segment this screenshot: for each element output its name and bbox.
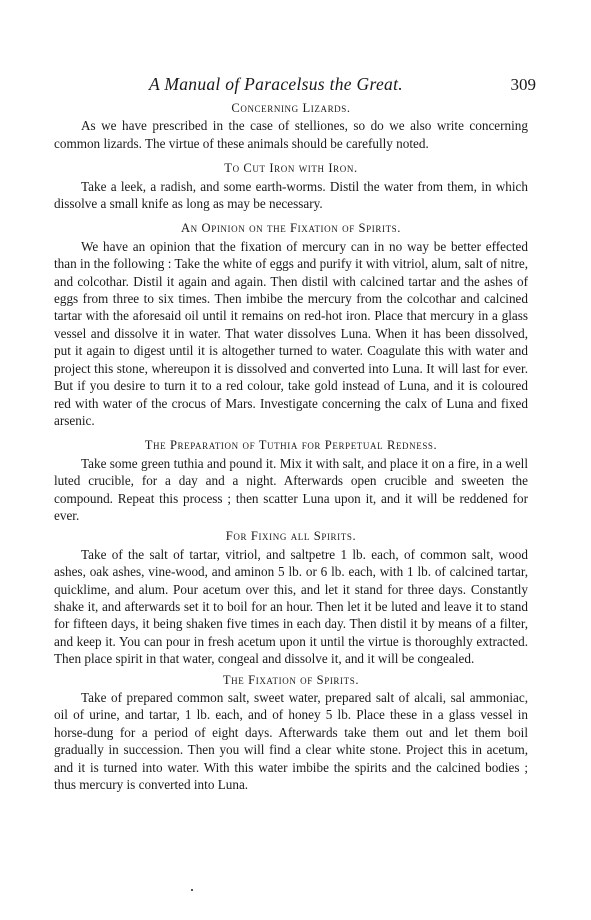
section-heading: Concerning Lizards. bbox=[54, 100, 528, 117]
page-number: 309 bbox=[511, 75, 537, 95]
section-opinion-fixation: An Opinion on the Fixation of Spirits. W… bbox=[54, 220, 528, 429]
section-concerning-lizards: Concerning Lizards. As we have prescribe… bbox=[54, 100, 528, 152]
section-body: Take some green tuthia and pound it. Mix… bbox=[54, 455, 528, 525]
section-body: We have an opinion that the fixation of … bbox=[54, 238, 528, 429]
section-heading: To Cut Iron with Iron. bbox=[54, 160, 528, 177]
section-fixation-of-spirits: The Fixation of Spirits. Take of prepare… bbox=[54, 672, 528, 794]
section-heading: The Preparation of Tuthia for Perpetual … bbox=[54, 437, 528, 454]
section-tuthia: The Preparation of Tuthia for Perpetual … bbox=[54, 437, 528, 524]
section-heading: The Fixation of Spirits. bbox=[54, 672, 528, 689]
section-body: As we have prescribed in the case of ste… bbox=[54, 117, 528, 152]
print-speck bbox=[191, 889, 193, 891]
section-fixing-all-spirits: For Fixing all Spirits. Take of the salt… bbox=[54, 528, 528, 667]
book-page: A Manual of Paracelsus the Great. 309 Co… bbox=[54, 74, 528, 797]
section-heading: An Opinion on the Fixation of Spirits. bbox=[54, 220, 528, 237]
section-body: Take of the salt of tartar, vitriol, and… bbox=[54, 546, 528, 668]
section-body: Take of prepared common salt, sweet wate… bbox=[54, 689, 528, 793]
page-header: A Manual of Paracelsus the Great. 309 bbox=[54, 74, 528, 100]
section-heading: For Fixing all Spirits. bbox=[54, 528, 528, 545]
section-cut-iron: To Cut Iron with Iron. Take a leek, a ra… bbox=[54, 160, 528, 212]
running-title: A Manual of Paracelsus the Great. bbox=[149, 74, 403, 95]
section-body: Take a leek, a radish, and some earth-wo… bbox=[54, 178, 528, 213]
